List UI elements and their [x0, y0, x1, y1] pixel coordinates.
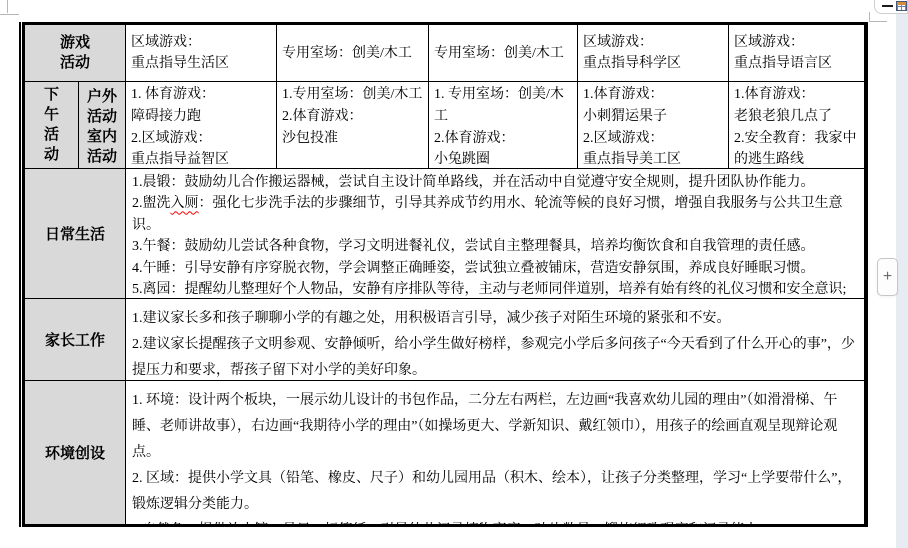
- game-day1-cell[interactable]: 区域游戏： 重点指导生活区: [126, 25, 277, 82]
- afternoon-day5-cell[interactable]: 1.体育游戏： 老狼老狼几点了 2.安全教育：我家中的逃生路线: [729, 82, 864, 169]
- environment-item-3: 3.自然角：提供放大镜、量尺、标签纸，引导幼儿记录植物高度、叶片数量，锻炼细致观…: [132, 518, 856, 524]
- margin-mark-topleft-horizontal: [0, 14, 19, 15]
- add-page-button[interactable]: +: [877, 258, 898, 296]
- margin-mark-topleft-vertical: [7, 0, 8, 13]
- spellcheck-flagged-text: 入厕: [171, 196, 199, 211]
- daily-life-item-1: 1.晨锻：鼓励幼儿合作搬运器械，尝试自主设计简单路线，并在活动中自觉遵守安全规则…: [132, 172, 856, 193]
- environment-item-1: 1. 环境：设计两个板块，一展示幼儿设计的书包作品，二分左右两栏，左边画“我喜欢…: [132, 388, 856, 466]
- parent-work-item-1: 1.建议家长多和孩子聊聊小学的有趣之处，用积极语言引导，减少孩子对陌生环境的紧张…: [132, 306, 856, 332]
- afternoon-day4-cell[interactable]: 1.体育游戏： 小刺猬运果子 2.区域游戏： 重点指导美工区: [578, 82, 729, 169]
- sub-label-outdoor: 户外活动: [85, 87, 120, 127]
- parent-work-item-2: 2.建议家长提醒孩子文明参观、安静倾听，给小学生做好榜样，参观完小学后多问孩子“…: [132, 332, 856, 381]
- afternoon-sub-labels[interactable]: 户外活动 室内活动: [79, 82, 126, 169]
- afternoon-day2-cell[interactable]: 1.专用室场：创美/木工 2.体育游戏： 沙包投准: [277, 82, 429, 169]
- game-day3-cell[interactable]: 专用室场：创美/木工: [429, 25, 578, 82]
- parent-work-content-cell[interactable]: 1.建议家长多和孩子聊聊小学的有趣之处，用积极语言引导，减少孩子对陌生环境的紧张…: [126, 299, 864, 381]
- daily-life-item-2: 2.盥洗入厕：强化七步洗手法的步骤细节，引导其养成节约用水、轮流等候的良好习惯，…: [132, 193, 856, 236]
- sub-label-indoor: 室内活动: [85, 127, 120, 167]
- row-label-parent-work[interactable]: 家长工作: [25, 299, 126, 381]
- game-day2-cell[interactable]: 专用室场：创美/木工: [277, 25, 429, 82]
- afternoon-day3-cell[interactable]: 1. 专用室场：创美/木工 2.体育游戏： 小兔跳圈: [429, 82, 578, 169]
- daily-life-content-cell[interactable]: 1.晨锻：鼓励幼儿合作搬运器械，尝试自主设计简单路线，并在活动中自觉遵守安全规则…: [126, 169, 864, 299]
- daily-life-item-3: 3.午餐：鼓励幼儿尝试各种食物，学习文明进餐礼仪，尝试自主整理餐具，培养均衡饮食…: [132, 236, 856, 257]
- collapsed-floating-toolbar[interactable]: [874, 0, 908, 14]
- environment-item-2: 2. 区域：提供小学文具（铅笔、橡皮、尺子）和幼儿园用品（积木、绘本），让孩子分…: [132, 466, 856, 518]
- afternoon-day1-cell[interactable]: 1. 体育游戏： 障碍接力跑 2.区域游戏： 重点指导益智区: [126, 82, 277, 169]
- daily-life-item-5: 5.离园：提醒幼儿整理好个人物品，安静有序排队等待，主动与老师同伴道别，培养有始…: [132, 279, 856, 299]
- daily-life-item-4: 4.午睡：引导安静有序穿脱衣物，学会调整正确睡姿，尝试独立叠被铺床，营造安静氛围…: [132, 258, 856, 279]
- table-tool-icon: [896, 1, 907, 11]
- kindergarten-schedule-table: 游戏活动 区域游戏： 重点指导生活区 专用室场：创美/木工 专用室场：创美/木工…: [22, 22, 868, 527]
- plus-icon: +: [883, 268, 892, 286]
- row-label-environment-setup[interactable]: 环境创设: [25, 381, 126, 524]
- row-label-daily-life[interactable]: 日常生活: [25, 169, 126, 299]
- row-label-game-activities[interactable]: 游戏活动: [25, 25, 126, 82]
- row-label-afternoon-activities[interactable]: 下午活动: [25, 82, 79, 169]
- game-day5-cell[interactable]: 区域游戏： 重点指导语言区: [729, 25, 864, 82]
- dash-icon: [882, 5, 893, 7]
- environment-content-cell[interactable]: 1. 环境：设计两个板块，一展示幼儿设计的书包作品，二分左右两栏，左边画“我喜欢…: [126, 381, 864, 524]
- game-day4-cell[interactable]: 区域游戏： 重点指导科学区: [578, 25, 729, 82]
- margin-mark-topright-horizontal: [869, 21, 887, 22]
- table-outer-double-border: [19, 22, 21, 527]
- document-editor-canvas: 游戏活动 区域游戏： 重点指导生活区 专用室场：创美/木工 专用室场：创美/木工…: [0, 0, 908, 548]
